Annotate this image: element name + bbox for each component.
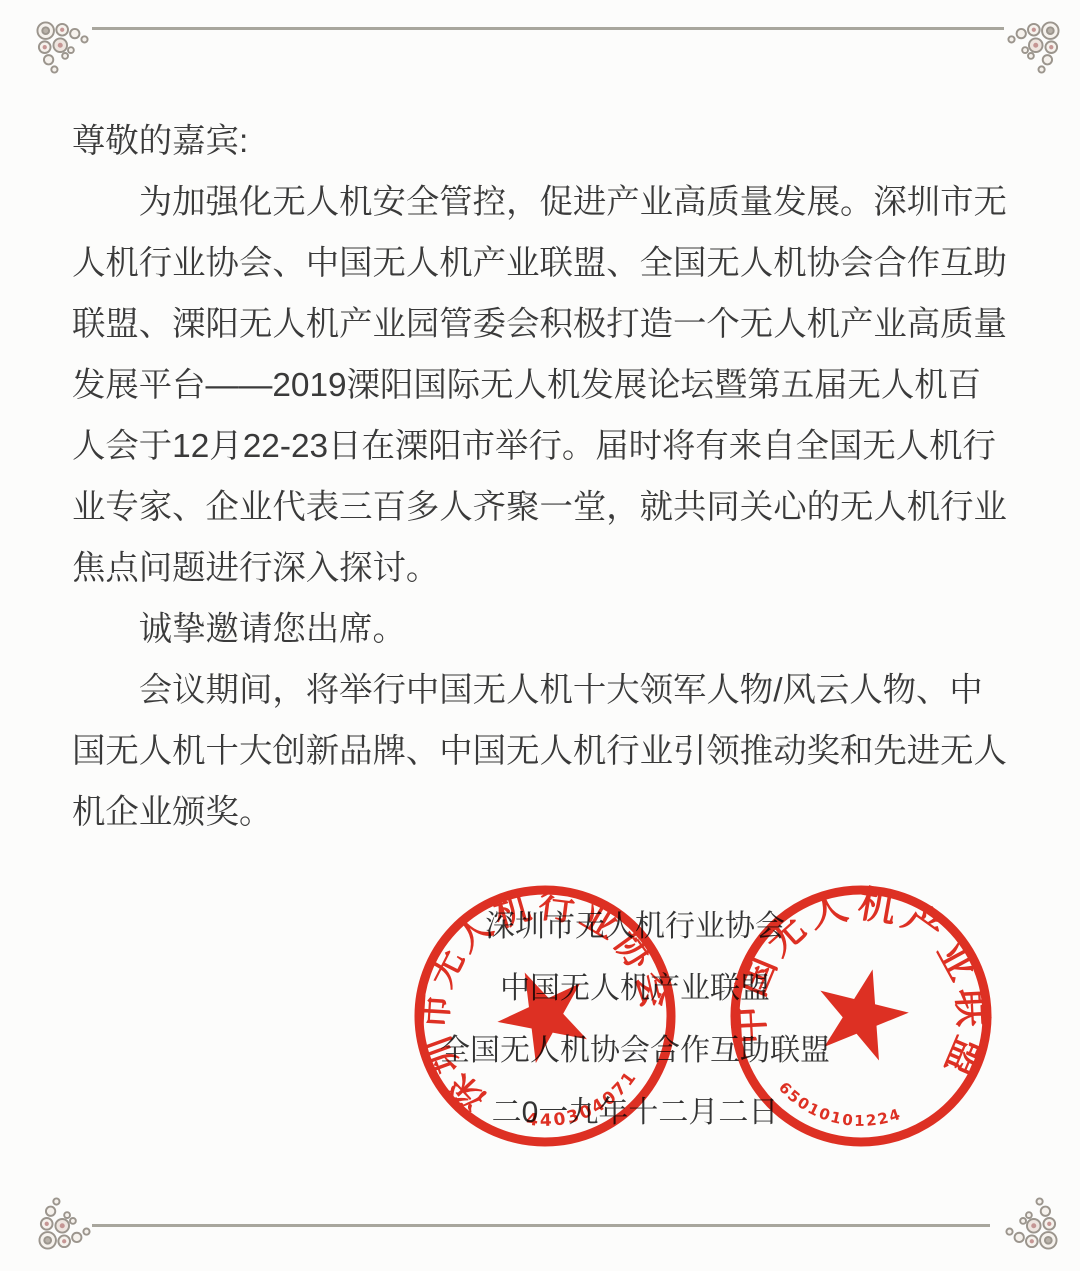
star-icon (807, 958, 916, 1064)
official-seal-right: 中国无人机产业联盟 6501010122447 (721, 876, 1001, 1156)
body-line: 人会于12月22-23日在溧阳市举行。届时将有来自全国无人机行 (72, 416, 1012, 477)
salutation: 尊敬的嘉宾: (72, 111, 1012, 172)
letter-body: 尊敬的嘉宾: 为加强化无人机安全管控，促进产业高质量发展。深圳市无 人机行业协会… (72, 111, 1012, 843)
body-line: 联盟、溧阳无人机产业园管委会积极打造一个无人机产业高质量 (72, 294, 1012, 355)
body-line: 诚挚邀请您出席。 (72, 599, 1012, 660)
corner-ornament-icon (36, 21, 100, 85)
top-border-rule (92, 27, 1004, 30)
body-line: 机企业颁奖。 (72, 782, 1012, 843)
body-line: 业专家、企业代表三百多人齐聚一堂，就共同关心的无人机行业 (72, 477, 1012, 538)
official-seal-left: 深圳市无人机行业协会 44030407116 (405, 876, 685, 1156)
body-line: 会议期间，将举行中国无人机十大领军人物/风云人物、中 (72, 660, 1012, 721)
corner-ornament-icon (996, 21, 1060, 85)
corner-ornament-icon (38, 1186, 102, 1250)
star-icon (483, 953, 602, 1070)
invitation-letter-page: 尊敬的嘉宾: 为加强化无人机安全管控，促进产业高质量发展。深圳市无 人机行业协会… (0, 0, 1080, 1271)
body-line: 焦点问题进行深入探讨。 (72, 538, 1012, 599)
body-line: 为加强化无人机安全管控，促进产业高质量发展。深圳市无 (72, 172, 1012, 233)
body-line: 国无人机十大创新品牌、中国无人机行业引领推动奖和先进无人 (72, 721, 1012, 782)
body-line: 人机行业协会、中国无人机产业联盟、全国无人机协会合作互助 (72, 233, 1012, 294)
body-line: 发展平台——2019溧阳国际无人机发展论坛暨第五届无人机百 (72, 355, 1012, 416)
corner-ornament-icon (994, 1186, 1058, 1250)
bottom-border-rule (92, 1224, 990, 1227)
